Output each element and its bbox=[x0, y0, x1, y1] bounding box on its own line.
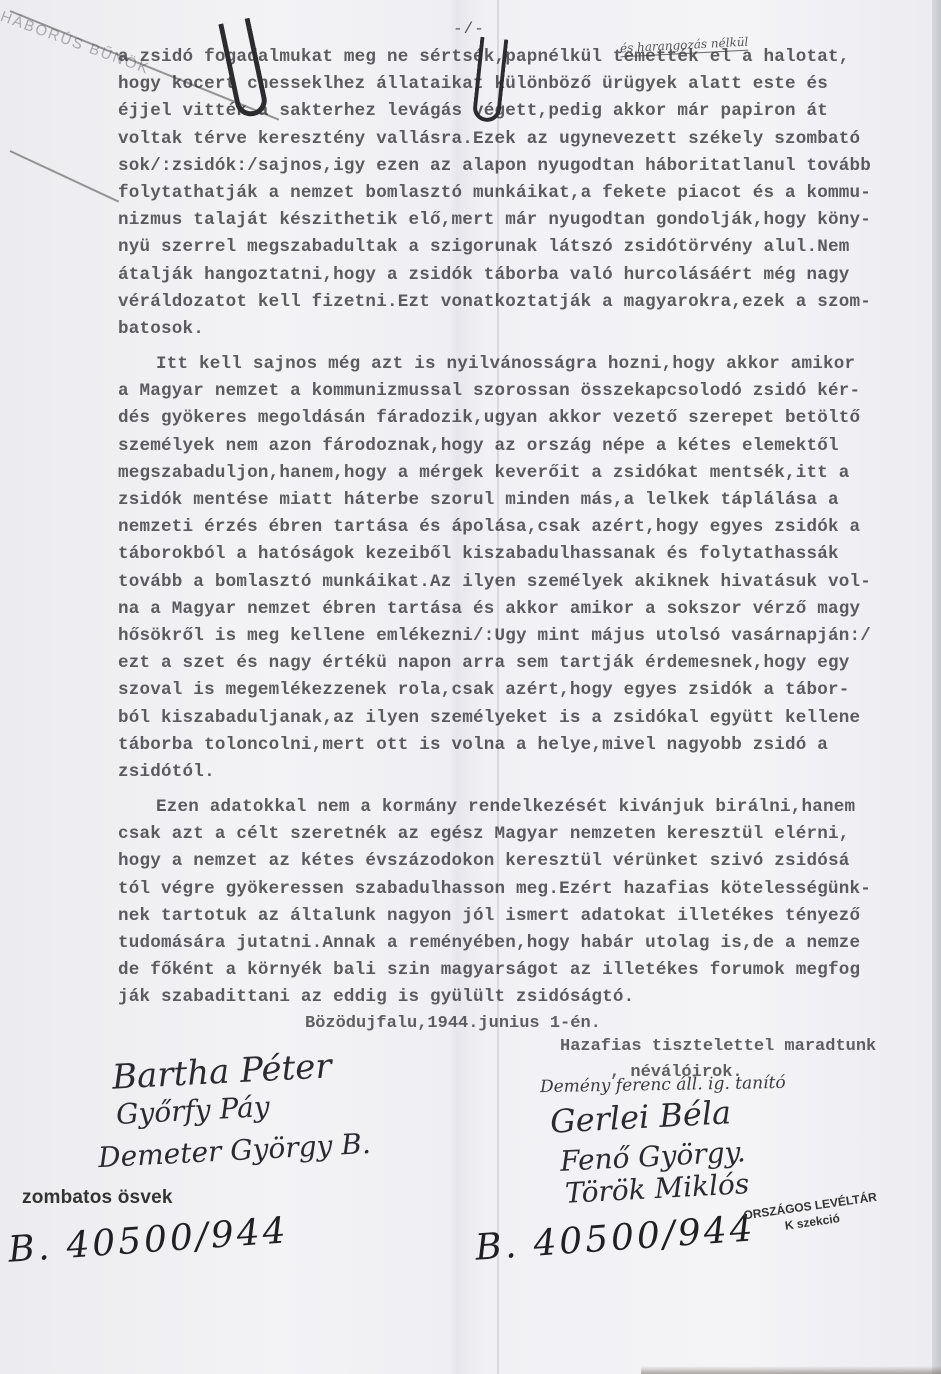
text-line: véráldozatot kell fizetni.Ezt vonatkozta… bbox=[118, 289, 898, 316]
text-line: ból kiszabaduljanak,az ilyen személyeket… bbox=[118, 705, 898, 732]
document-page: HÁBORÚS BŰNÖK -/- és harangozás nélkül a… bbox=[0, 0, 932, 1374]
text-line: hogy a nemzet az kétes évszázodokon kere… bbox=[118, 848, 898, 875]
text-line: nizmus talaját készithetik elő,mert már … bbox=[118, 207, 898, 234]
text-line: megszabaduljon,hanem,hogy a mérgek kever… bbox=[118, 460, 898, 487]
signature: Demény ferenc áll. ig. tanító bbox=[540, 1073, 786, 1097]
text-line: szoval is megemlékezzenek rola,csak azér… bbox=[118, 677, 898, 704]
paragraph-gap bbox=[118, 786, 898, 794]
signature: Demeter György B. bbox=[97, 1127, 371, 1174]
paragraph-gap bbox=[118, 343, 898, 351]
archive-number-left: B. 40500/944 bbox=[7, 1210, 290, 1270]
typewritten-body: a zsidó fogadalmukat meg ne sértsék,papn… bbox=[118, 44, 898, 1012]
text-line: táborba toloncolni,mert ott is volna a h… bbox=[118, 732, 898, 759]
signature: Győrfy Páy bbox=[115, 1090, 270, 1131]
text-line: voltak térve keresztény vallásra.Ezek az… bbox=[118, 126, 898, 153]
text-line: Ezen adatokkal nem a kormány rendelkezés… bbox=[118, 794, 898, 821]
text-line: nemzeti érzés ébren tartása és ápolása,c… bbox=[118, 514, 898, 541]
text-line: batosok. bbox=[118, 316, 898, 343]
signature: Gerlei Béla bbox=[549, 1093, 732, 1140]
text-line: zsidók mentése miatt háterbe szorul mind… bbox=[118, 487, 898, 514]
text-line: tovább a bomlasztó munkáikat.Az ilyen sz… bbox=[118, 569, 898, 596]
text-line: dés gyökeres megoldásán fáradozik,ugyan … bbox=[118, 405, 898, 432]
text-line: nek tartotuk az általunk nagyon jól isme… bbox=[118, 903, 898, 930]
text-line: sok/:zsidók:/sajnos,igy ezen az alapon n… bbox=[118, 153, 898, 180]
text-line: nyü szerrel megszabadultak a szigorunak … bbox=[118, 234, 898, 261]
place-and-date: Bözödujfalu,1944.junius 1-én. bbox=[305, 1014, 601, 1033]
text-line: tól végre gyökeressen szabadulhasson meg… bbox=[118, 876, 898, 903]
text-line: ezt a szet és nagy értékü napon arra sem… bbox=[118, 650, 898, 677]
closing-line-1: Hazafias tisztelettel maradtunk bbox=[560, 1034, 876, 1060]
text-line: személyek nem azon fárodoznak,hogy az or… bbox=[118, 433, 898, 460]
text-line: zsidótól. bbox=[118, 759, 898, 786]
text-line: a Magyar nemzet a kommunizmussal szoross… bbox=[118, 378, 898, 405]
text-line: hősökről is meg kellene emlékezni/:Ugy m… bbox=[118, 623, 898, 650]
text-line: na a Magyar nemzet ébren tartása és akko… bbox=[118, 596, 898, 623]
text-line: csak azt a célt szeretnék az egész Magya… bbox=[118, 821, 898, 848]
page-edge bbox=[932, 0, 941, 1374]
text-line: ják szabadittani az eddig is gyülült zsi… bbox=[118, 984, 898, 1011]
text-line: tudomására jutatni.Annak a reményében,ho… bbox=[118, 930, 898, 957]
bottom-left-stamp: zombatos ösvek bbox=[22, 1187, 173, 1209]
page-number: -/- bbox=[453, 20, 485, 38]
archive-number-right: B. 40500/944 bbox=[474, 1208, 757, 1268]
archive-stamp: ORSZÁGOS LEVÉLTÁR K szekció bbox=[742, 1189, 880, 1239]
text-line: átalják hangoztatni,hogy a zsidók táborb… bbox=[118, 262, 898, 289]
pen-stroke bbox=[10, 150, 120, 203]
text-line: de főként a környék bali szin magyarságo… bbox=[118, 957, 898, 984]
text-line: folytathatják a nemzet bomlasztó munkáik… bbox=[118, 180, 898, 207]
text-line: Itt kell sajnos még azt is nyilvánosságr… bbox=[118, 351, 898, 378]
text-line: táborokból a hatóságok kezeiből kiszabad… bbox=[118, 541, 898, 568]
page-shadow bbox=[641, 1366, 941, 1374]
signature: Bartha Péter bbox=[111, 1046, 332, 1097]
